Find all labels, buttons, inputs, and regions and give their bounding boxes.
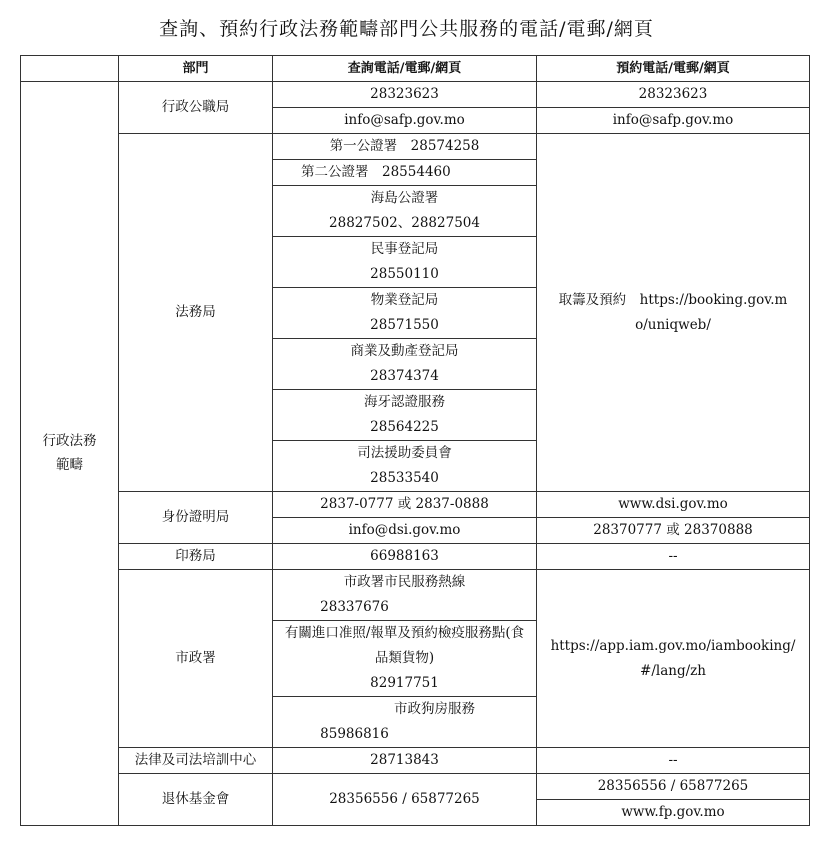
dept-imprensa: 印務局	[119, 544, 273, 570]
page-title: 查詢、預約行政法務範疇部門公共服務的電話/電郵/網頁	[0, 14, 813, 41]
enquiry-item: 海島公證署28827502、28827504	[273, 186, 537, 237]
enquiry-item: 有關進口准照/報單及預約檢疫服務點(食品類貨物)82917751	[273, 621, 537, 697]
header-enquiry: 查詢電話/電郵/網頁	[273, 56, 537, 82]
table-row: 法律及司法培訓中心 28713843 --	[21, 748, 810, 774]
dept-safp: 行政公職局	[119, 82, 273, 134]
enquiry-email[interactable]: info@dsi.gov.mo	[273, 518, 537, 544]
enquiry-item: 第一公證署 28574258	[273, 134, 537, 160]
booking-email[interactable]: info@safp.gov.mo	[537, 108, 810, 134]
dept-cfjj: 法律及司法培訓中心	[119, 748, 273, 774]
services-table: 部門 查詢電話/電郵/網頁 預約電話/電郵/網頁 行政法務範疇 行政公職局 28…	[20, 55, 810, 826]
booking-none: --	[537, 544, 810, 570]
table-row: 印務局 66988163 --	[21, 544, 810, 570]
table-row: 法務局 第一公證署 28574258 取籌及預約 https://booking…	[21, 134, 810, 160]
domain-label: 行政法務範疇	[21, 82, 119, 826]
header-booking: 預約電話/電郵/網頁	[537, 56, 810, 82]
header-department: 部門	[119, 56, 273, 82]
enquiry-item: 司法援助委員會28533540	[273, 441, 537, 492]
dept-dsaj: 法務局	[119, 134, 273, 492]
dept-fp: 退休基金會	[119, 774, 273, 826]
booking-none: --	[537, 748, 810, 774]
booking-phone: 28356556 / 65877265	[537, 774, 810, 800]
enquiry-item: 物業登記局28571550	[273, 288, 537, 339]
booking-phone: 28323623	[537, 82, 810, 108]
table-row: 身份證明局 2837-0777 或 2837-0888 www.dsi.gov.…	[21, 492, 810, 518]
enquiry-item: 第二公證署 28554460	[273, 160, 537, 186]
enquiry-phone: 28323623	[273, 82, 537, 108]
table-row: 退休基金會 28356556 / 65877265 28356556 / 658…	[21, 774, 810, 800]
dept-dsi: 身份證明局	[119, 492, 273, 544]
table-row: 行政法務範疇 行政公職局 28323623 28323623	[21, 82, 810, 108]
enquiry-item: 民事登記局28550110	[273, 237, 537, 288]
enquiry-item: 市政署市民服務熱線28337676	[273, 570, 537, 621]
table-row: 市政署 市政署市民服務熱線28337676 https://app.iam.go…	[21, 570, 810, 621]
booking-website[interactable]: www.dsi.gov.mo	[537, 492, 810, 518]
booking-phone: 28370777 或 28370888	[537, 518, 810, 544]
enquiry-phone: 28356556 / 65877265	[273, 774, 537, 826]
booking-link[interactable]: https://app.iam.gov.mo/iambooking/#/lang…	[537, 570, 810, 748]
enquiry-phone: 2837-0777 或 2837-0888	[273, 492, 537, 518]
header-row: 部門 查詢電話/電郵/網頁 預約電話/電郵/網頁	[21, 56, 810, 82]
booking-link[interactable]: 取籌及預約 https://booking.gov.mo/uniqweb/	[537, 134, 810, 492]
booking-website[interactable]: www.fp.gov.mo	[537, 800, 810, 826]
enquiry-item: 商業及動產登記局28374374	[273, 339, 537, 390]
dept-iam: 市政署	[119, 570, 273, 748]
enquiry-item: 海牙認證服務28564225	[273, 390, 537, 441]
enquiry-email[interactable]: info@safp.gov.mo	[273, 108, 537, 134]
enquiry-phone: 66988163	[273, 544, 537, 570]
enquiry-phone: 28713843	[273, 748, 537, 774]
enquiry-item: 市政狗房服務85986816	[273, 697, 537, 748]
header-blank	[21, 56, 119, 82]
